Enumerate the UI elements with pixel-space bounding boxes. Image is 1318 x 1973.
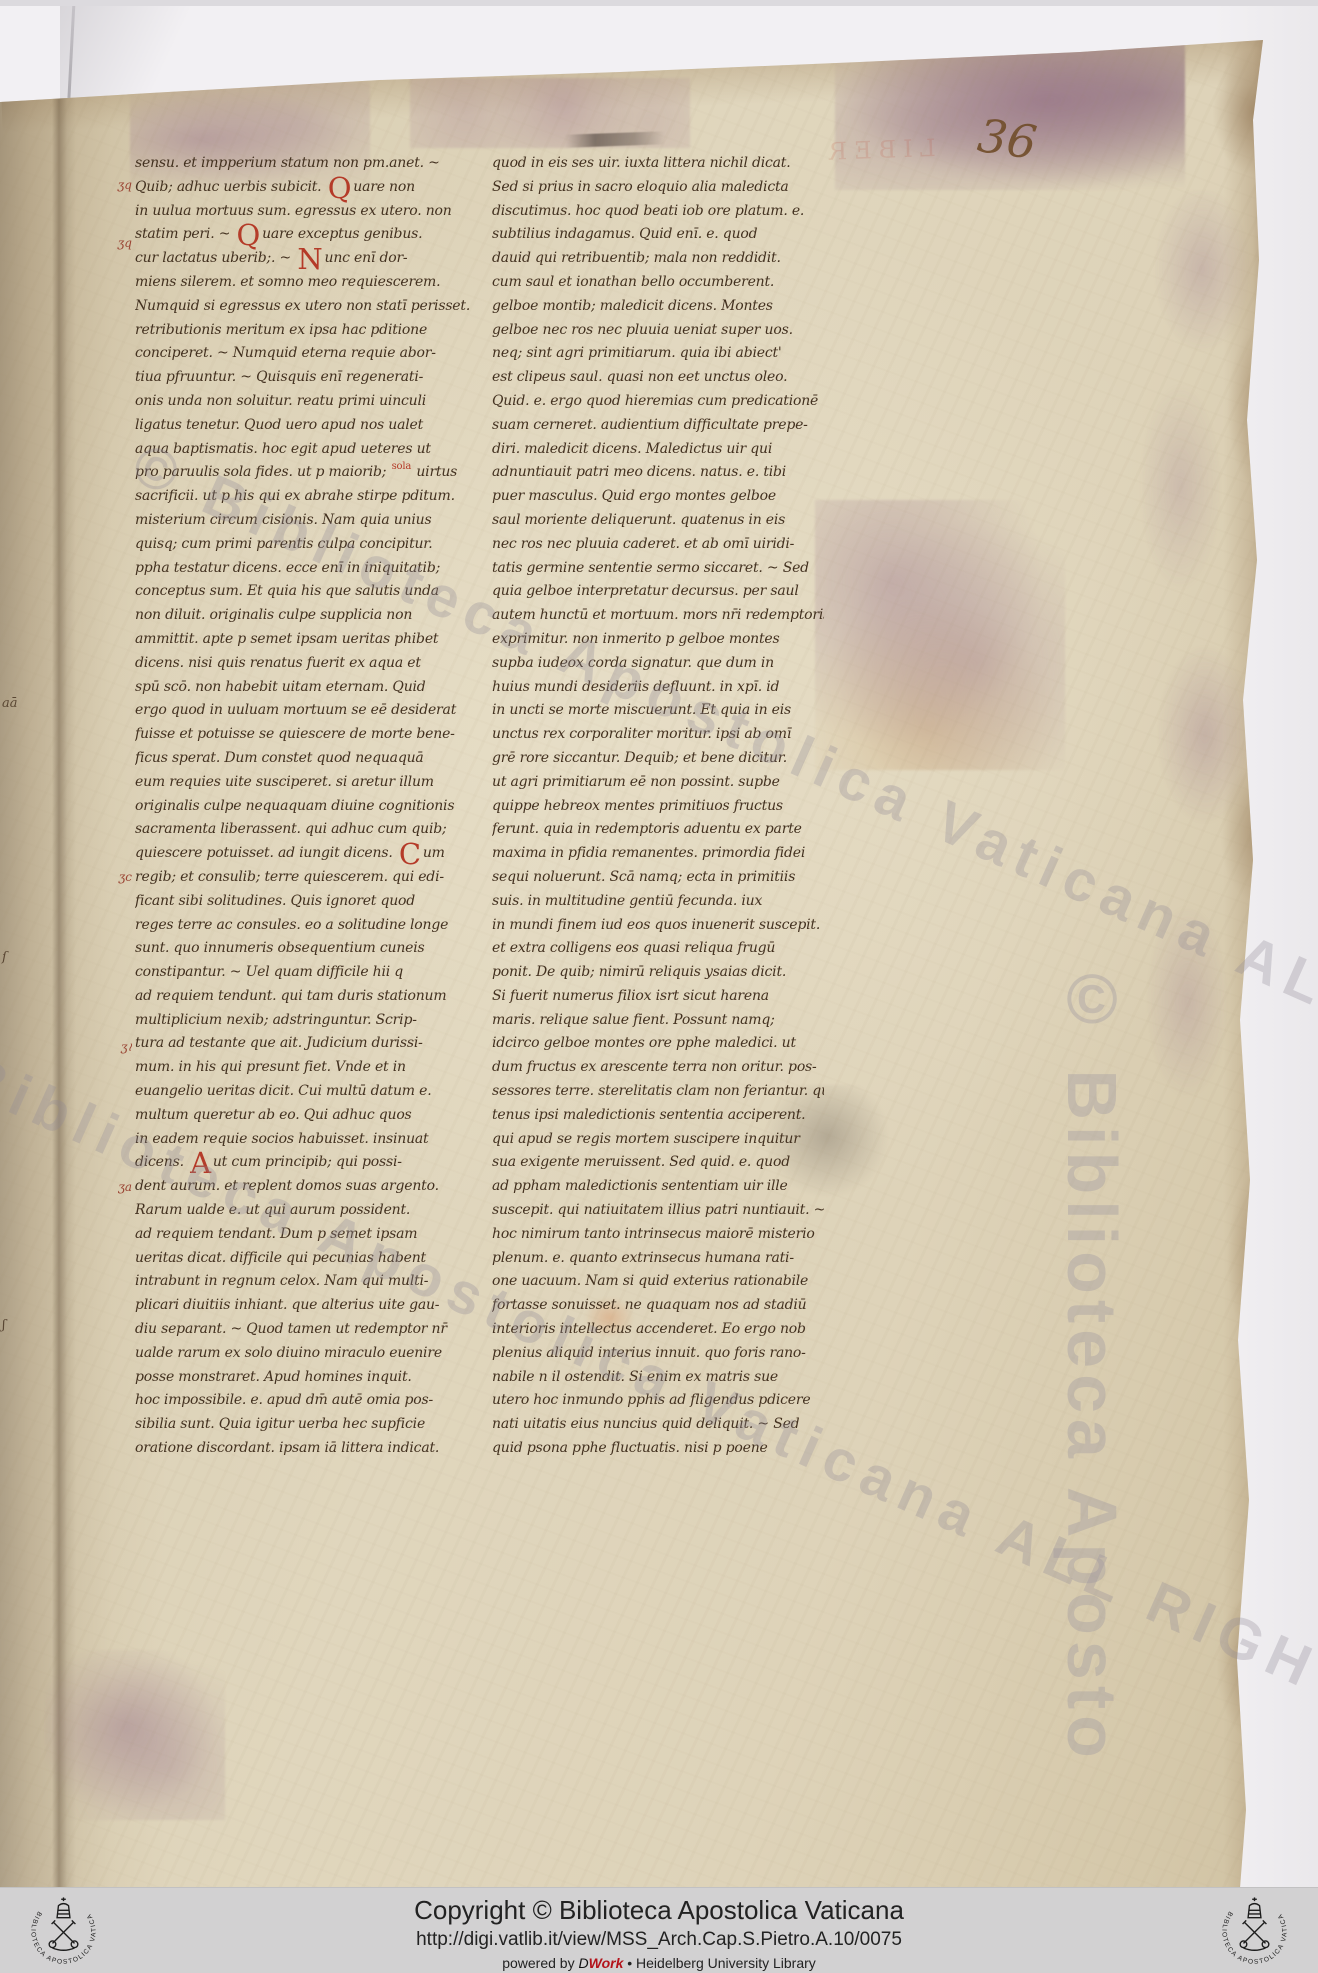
powered-by-suffix: • Heidelberg University Library: [623, 1955, 815, 1971]
folio-number: 36: [975, 108, 1040, 170]
dwork-logo-work: Work: [589, 1955, 624, 1971]
svg-text:BIBLIOTECA APOSTOLICA VATICANA: BIBLIOTECA APOSTOLICA VATICANA: [1215, 1891, 1289, 1966]
text-column-left: sensu. et impperium statum non pm.anet. …: [135, 152, 483, 1461]
gutter-text-fragment: ſ: [2, 950, 7, 965]
stain-mid-right: [815, 500, 1065, 770]
ink-show-through: LIBER: [822, 134, 937, 166]
margin-note: ʒq: [98, 178, 132, 192]
footer-copyright-line: Copyright © Biblioteca Apostolica Vatica…: [0, 1895, 1318, 1926]
footer-powered-by-line: powered by DWork • Heidelberg University…: [0, 1955, 1318, 1971]
manuscript-scan-viewport: 36 LIBER sensu. et impperium statum non …: [0, 0, 1318, 1973]
margin-note: ʒ≀: [98, 1040, 132, 1054]
stain-orange-dot: [582, 1295, 637, 1340]
tiara-and-keys-icon: [1240, 1897, 1269, 1950]
stain-right-band: [1115, 190, 1260, 1180]
backing-sheet-shadow: [60, 0, 240, 100]
logo-circular-text: BIBLIOTECA APOSTOLICA VATICANA: [1215, 1891, 1289, 1966]
stain-top-left: [130, 82, 370, 197]
copyright-footer: BIBLIOTECA APOSTOLICA VATICANA Copyright…: [0, 1887, 1318, 1973]
parchment-page: 36 LIBER sensu. et impperium statum non …: [0, 0, 1318, 1888]
page-deckle-edge: [1192, 38, 1270, 1888]
powered-by-prefix: powered by: [502, 1955, 578, 1971]
stain-bottom-left: [45, 1650, 225, 1820]
footer-text-block: Copyright © Biblioteca Apostolica Vatica…: [0, 1888, 1318, 1971]
gutter-text-fragment: aā: [2, 696, 18, 711]
stain-top-right: [835, 40, 1185, 190]
text-column-right: quod in eis ses uir. iuxta littera nichi…: [492, 152, 824, 1461]
stain-smudge: [762, 1085, 892, 1200]
dwork-logo-d: D: [578, 1955, 588, 1971]
gutter-text-fragment: ʃ: [2, 1318, 6, 1333]
binding-gutter: [0, 85, 165, 1888]
margin-note: ʒq: [98, 236, 132, 250]
margin-note: ʒc: [98, 870, 132, 884]
footer-url: http://digi.vatlib.it/view/MSS_Arch.Cap.…: [0, 1929, 1318, 1951]
stain-top-center: [410, 78, 690, 148]
graphite-streak: [565, 131, 665, 147]
margin-note: ʒa: [98, 1180, 132, 1194]
vatican-library-logo-right: BIBLIOTECA APOSTOLICA VATICANA: [1215, 1891, 1294, 1970]
